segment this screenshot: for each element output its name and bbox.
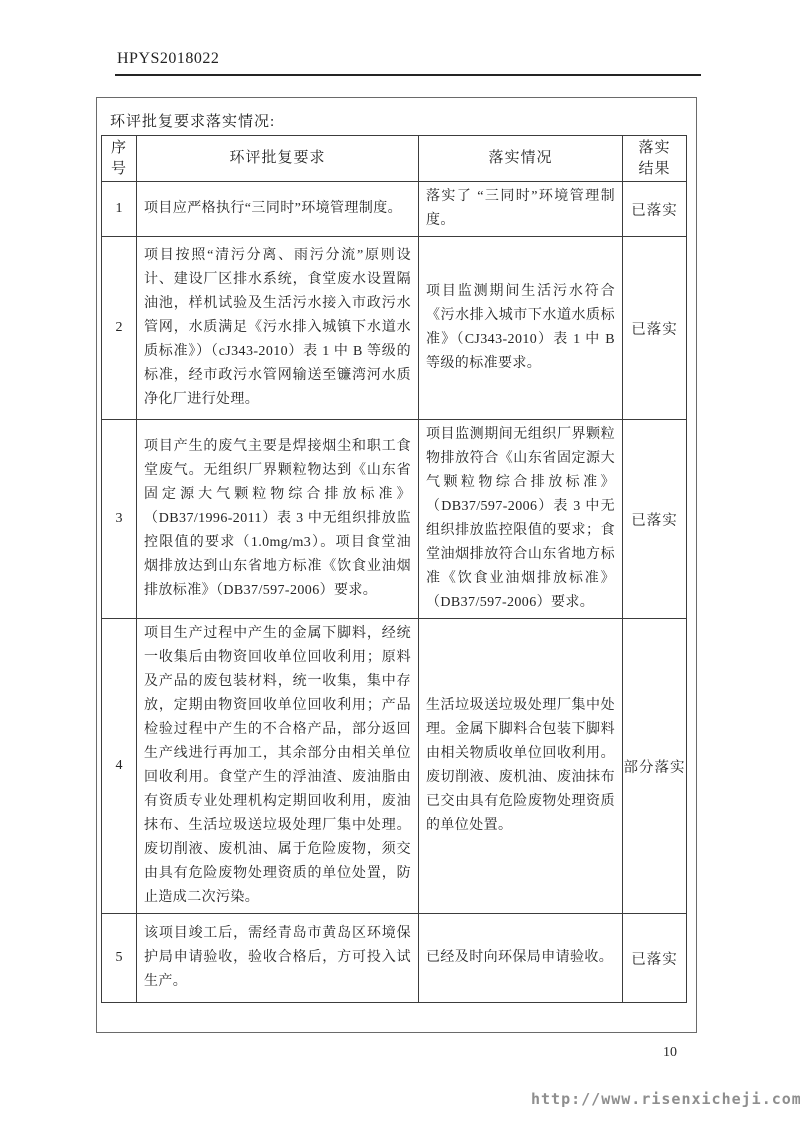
row-number-cell: 1 — [102, 182, 137, 237]
requirement-cell: 项目应严格执行“三同时”环境管理制度。 — [137, 182, 419, 237]
result-cell: 已落实 — [623, 237, 687, 420]
row-number-cell: 2 — [102, 237, 137, 420]
status-cell: 项目监测期间生活污水符合《污水排入城市下水道水质标准》（CJ343-2010）表… — [419, 237, 623, 420]
watermark-url: http://www.risenxicheji.com/ — [531, 1090, 800, 1108]
row-number-cell: 4 — [102, 619, 137, 914]
table-header-row: 序 号 环评批复要求 落实情况 落实 结果 — [102, 136, 687, 182]
row-number-cell: 5 — [102, 914, 137, 1003]
eia-implementation-table: 序 号 环评批复要求 落实情况 落实 结果 1 项目应严格执行“三同时”环境管理… — [101, 135, 687, 1003]
document-page: { "page": { "header_code": "HPYS2018022"… — [0, 0, 800, 1131]
table-row: 2 项目按照“清污分离、雨污分流”原则设计、建设厂区排水系统，食堂废水设置隔油池… — [102, 237, 687, 420]
requirement-cell: 项目按照“清污分离、雨污分流”原则设计、建设厂区排水系统，食堂废水设置隔油池，样… — [137, 237, 419, 420]
table-row: 4 项目生产过程中产生的金属下脚料，经统一收集后由物资回收单位回收利用；原料及产… — [102, 619, 687, 914]
table-row: 3 项目产生的废气主要是焊接烟尘和职工食堂废气。无组织厂界颗粒物达到《山东省固定… — [102, 420, 687, 619]
section-title: 环评批复要求落实情况: — [110, 110, 275, 131]
status-cell: 落实了 “三同时”环境管理制度。 — [419, 182, 623, 237]
column-header-no: 序 号 — [102, 136, 137, 182]
status-cell: 项目监测期间无组织厂界颗粒物排放符合《山东省固定源大气颗粒物综合排放标准》（DB… — [419, 420, 623, 619]
column-header-result: 落实 结果 — [623, 136, 687, 182]
result-cell: 已落实 — [623, 420, 687, 619]
content-frame: 环评批复要求落实情况: 序 号 环评批复要求 落实情况 落实 结果 1 项目应严… — [96, 97, 697, 1033]
header-divider — [115, 74, 701, 76]
requirement-cell: 该项目竣工后，需经青岛市黄岛区环境保护局申请验收，验收合格后，方可投入试生产。 — [137, 914, 419, 1003]
result-cell: 已落实 — [623, 914, 687, 1003]
result-cell: 已落实 — [623, 182, 687, 237]
requirement-cell: 项目生产过程中产生的金属下脚料，经统一收集后由物资回收单位回收利用；原料及产品的… — [137, 619, 419, 914]
page-number: 10 — [663, 1045, 677, 1061]
column-header-requirement: 环评批复要求 — [137, 136, 419, 182]
status-cell: 已经及时向环保局申请验收。 — [419, 914, 623, 1003]
result-cell: 部分落实 — [623, 619, 687, 914]
status-cell: 生活垃圾送垃圾处理厂集中处理。金属下脚料合包装下脚料由相关物质收单位回收利用。废… — [419, 619, 623, 914]
requirement-cell: 项目产生的废气主要是焊接烟尘和职工食堂废气。无组织厂界颗粒物达到《山东省固定源大… — [137, 420, 419, 619]
table-row: 1 项目应严格执行“三同时”环境管理制度。 落实了 “三同时”环境管理制度。 已… — [102, 182, 687, 237]
document-code: HPYS2018022 — [117, 50, 219, 68]
table-row: 5 该项目竣工后，需经青岛市黄岛区环境保护局申请验收，验收合格后，方可投入试生产… — [102, 914, 687, 1003]
column-header-status: 落实情况 — [419, 136, 623, 182]
row-number-cell: 3 — [102, 420, 137, 619]
